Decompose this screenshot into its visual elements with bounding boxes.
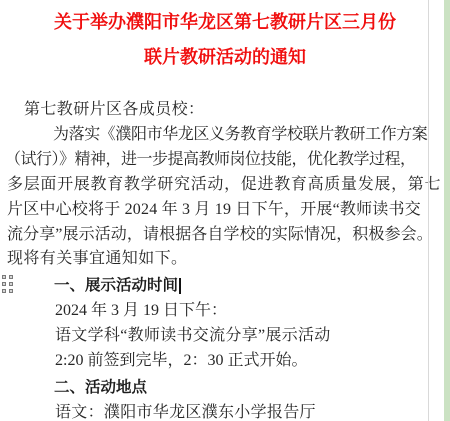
- drag-handle-dot: [9, 282, 13, 286]
- section-heading-1-text: 一、展示活动时间: [54, 277, 178, 294]
- document-page[interactable]: 关于举办濮阳市华龙区第七教研片区三月份 联片教研活动的通知 第七教研片区各成员校…: [0, 0, 450, 421]
- section-heading-1[interactable]: 一、展示活动时间: [54, 277, 181, 294]
- body-line[interactable]: 语文学科“教师读书交流分享”展示活动: [55, 327, 331, 344]
- salutation-line[interactable]: 第七教研片区各成员校：: [24, 101, 204, 118]
- drag-handle-dot: [2, 275, 6, 279]
- doc-title-line-2[interactable]: 联片教研活动的通知: [0, 48, 450, 67]
- body-line[interactable]: 片区中心校将于 2024 年 3 月 19 日下午，开展“教师读书交: [7, 201, 421, 218]
- page-edge-line: [428, 0, 429, 421]
- body-line[interactable]: 流分享”展示活动，请根据各自学校的实际情况，积极参会。: [7, 226, 433, 243]
- drag-handle-icon[interactable]: [2, 275, 13, 295]
- app-background-stripe: [444, 0, 450, 421]
- body-line[interactable]: 多层面开展教育教学研究活动，促进教育高质量发展，第七: [7, 176, 441, 193]
- drag-handle-dot: [2, 289, 6, 293]
- drag-handle-dot: [9, 289, 13, 293]
- body-line[interactable]: 2024 年 3 月 19 日下午：: [55, 302, 227, 319]
- drag-handle-dot: [2, 282, 6, 286]
- section-heading-2[interactable]: 二、活动地点: [54, 379, 147, 396]
- body-line[interactable]: （试行）》精神，进一步提高教师岗位技能，优化教学过程，: [5, 151, 416, 168]
- doc-title-line-1[interactable]: 关于举办濮阳市华龙区第七教研片区三月份: [0, 13, 450, 32]
- body-line[interactable]: 语文：濮阳市华龙区濮东小学报告厅: [55, 404, 316, 421]
- body-line[interactable]: 2:20 前签到完毕，2：30 正式开始。: [55, 352, 307, 369]
- body-line[interactable]: 为落实《濮阳市华龙区义务教育学校联片教研工作方案: [53, 126, 427, 143]
- drag-handle-dot: [9, 275, 13, 279]
- body-line[interactable]: 现将有关事宜通知如下。: [7, 250, 187, 267]
- text-cursor: [179, 278, 181, 294]
